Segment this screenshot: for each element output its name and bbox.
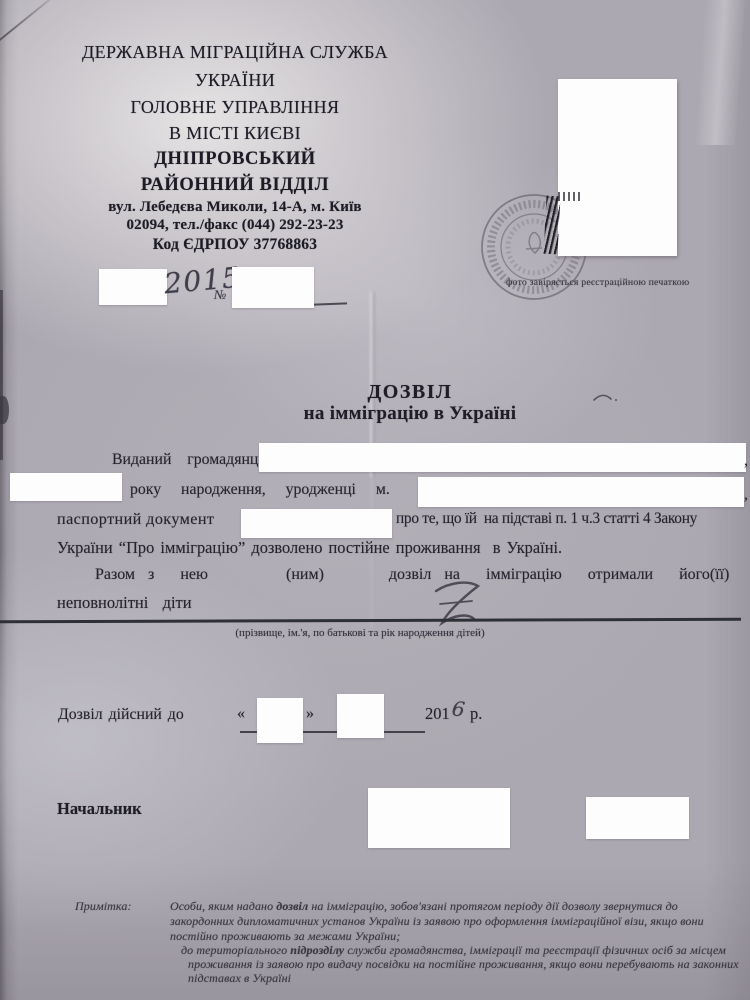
- number-sign: №: [214, 287, 226, 303]
- note-line-1: Особи, яким надано дозвіл на імміграцію,…: [170, 899, 678, 914]
- handwritten-year: 2015: [163, 261, 243, 301]
- org-address-line2: 02094, тел./факс (044) 292-23-23: [40, 217, 430, 234]
- children-clause-line1: Разом з нею (ним) дозвіл на імміграцію о…: [95, 566, 729, 584]
- photo-caption: фото завіряється реєстраційною печаткою: [506, 277, 689, 288]
- redaction-box-reg-number: [232, 267, 314, 308]
- redaction-box-chief-signature: [368, 788, 510, 848]
- redaction-box-valid-day: [257, 698, 303, 743]
- body-line4: України “Про імміграцію” дозволено пості…: [57, 538, 562, 558]
- validity-year-printed: 201: [425, 704, 450, 724]
- org-name-line4: В МІСТІ КИЄВІ: [40, 123, 430, 144]
- reg-number-underline: [314, 302, 347, 305]
- note-line-6: підставах в Україні: [188, 971, 291, 986]
- document-title: ДОЗВІЛ: [255, 381, 565, 404]
- paper-curl-topright: [695, 0, 745, 145]
- redaction-box-birthyear: [10, 473, 122, 501]
- scanned-document-page: ДЕРЖАВНА МІГРАЦІЙНА СЛУЖБА УКРАЇНИ ГОЛОВ…: [0, 0, 750, 1000]
- validity-label: Дозвіл дійсний до: [58, 706, 184, 724]
- validity-year-digit-handwritten: 6: [451, 696, 467, 721]
- org-district-line2: РАЙОННИЙ ВІДДІЛ: [40, 175, 430, 196]
- body-line2: року народження, уродженці м.: [130, 481, 390, 499]
- redaction-box-chief-name: [586, 797, 689, 839]
- redaction-box-name: [259, 443, 746, 472]
- chief-label: Начальник: [57, 799, 142, 819]
- note-line-3: постійно проживають за межами України;: [170, 929, 400, 944]
- redacted-photo-area: [558, 79, 677, 256]
- redaction-box-reg-date: [99, 269, 167, 305]
- redaction-box-passport: [241, 509, 392, 538]
- paper-edge-mark: [0, 396, 9, 424]
- handwritten-z-mark: [420, 577, 495, 632]
- body-line1: Виданий громадянці: [112, 451, 263, 469]
- body-comma1: ,: [744, 452, 748, 470]
- org-name-line3: ГОЛОВНЕ УПРАВЛІННЯ: [40, 97, 430, 118]
- children-clause-line2: неповнолітні діти: [57, 593, 192, 613]
- validity-year-suffix: р.: [470, 704, 482, 724]
- org-name-line2: УКРАЇНИ: [40, 70, 430, 91]
- org-name-line1: ДЕРЖАВНА МІГРАЦІЙНА СЛУЖБА: [40, 42, 430, 63]
- document-subtitle: на імміграцію в Україні: [255, 403, 565, 425]
- redaction-box-birthplace: [418, 477, 744, 507]
- paper-edge-shadow-left: [0, 290, 3, 460]
- stamp-ink-smudge-top: [558, 192, 582, 201]
- children-line-caption: (прізвище, ім.'я, по батькові та рік нар…: [160, 627, 560, 639]
- note-line-2: закордонних дипломатичних установ Україн…: [170, 914, 704, 929]
- org-address-line1: вул. Лебедєва Миколи, 14-А, м. Київ: [40, 199, 430, 216]
- org-edrpou-code: Код ЄДРПОУ 37768863: [40, 236, 430, 254]
- note-line-4: до територіального підрозділу служби гро…: [181, 943, 726, 958]
- body-line3a: паспортний документ: [57, 510, 214, 529]
- paper-crease-topleft: [0, 0, 53, 44]
- note-label: Примітка:: [75, 899, 132, 914]
- validity-quote-open: «: [237, 705, 245, 723]
- org-district-line1: ДНІПРОВСЬКИЙ: [40, 149, 430, 170]
- body-line3b: про те, що їй на підставі п. 1 ч.3 статт…: [396, 510, 697, 528]
- pen-mark-icon: [592, 390, 620, 404]
- body-comma2: ,: [744, 486, 748, 504]
- note-line-5: проживання із заявою про видачу посвідки…: [188, 957, 739, 972]
- redaction-box-valid-month: [337, 694, 384, 738]
- validity-quote-close: »: [306, 705, 314, 723]
